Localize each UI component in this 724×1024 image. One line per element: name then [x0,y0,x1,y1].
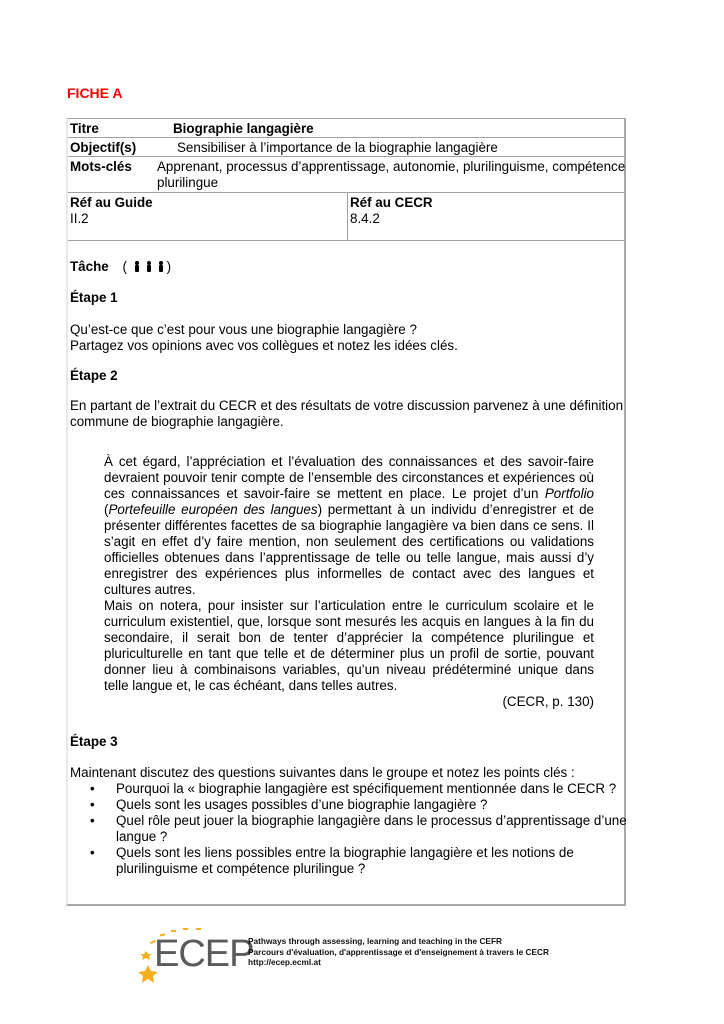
question-item: Pourquoi la « biographie langagière est … [70,781,630,797]
mots-cles-label: Mots-clés [70,159,132,174]
titre-label: Titre [70,121,99,136]
titre-value: Biographie langagière [173,121,314,136]
column-divider [347,193,348,240]
quote-paragraph-2: Mais on notera, pour insister sur l’arti… [104,598,594,694]
row-objectif: Objectif(s) Sensibiliser à l’importance … [68,138,624,157]
objectif-value: Sensibiliser à l’importance de la biogra… [177,140,498,155]
footer-url[interactable]: http://ecep.ecml.at [248,957,549,968]
row-titre: Titre Biographie langagière [68,119,624,138]
ref-guide-value: II.2 [70,211,153,227]
ecep-logo-text: ECEP [154,933,253,976]
ecep-logo: ECEP [136,925,251,990]
group-work-indicator: ( ) [122,259,171,275]
footer-text: Pathways through assessing, learning and… [248,936,549,968]
etape2-heading: Étape 2 [70,368,118,384]
etape1-heading: Étape 1 [70,290,118,306]
tache-label: Tâche [70,259,109,274]
mots-cles-value: Apprenant, processus d’apprentissage, au… [157,159,627,191]
footer-line-en: Pathways through assessing, learning and… [248,936,549,947]
cecr-quote: À cet égard, l’appréciation et l’évaluat… [104,454,594,710]
close-paren: ) [167,259,171,274]
person-icon [147,261,151,272]
etape3-heading: Étape 3 [70,734,118,750]
person-icon [135,261,139,272]
etape3-questions: Pourquoi la « biographie langagière est … [70,781,630,877]
ref-cecr-value: 8.4.2 [350,211,433,227]
tache-heading: Tâche ( ) [70,259,171,275]
ref-cecr-cell: Réf au CECR 8.4.2 [350,195,433,227]
quote-paragraph-1: À cet égard, l’appréciation et l’évaluat… [104,454,594,598]
fiche-frame: Titre Biographie langagière Objectif(s) … [66,118,626,906]
row-references: Réf au Guide II.2 Réf au CECR 8.4.2 [68,193,624,241]
fiche-title: FICHE A [67,85,122,101]
etape1-line2: Partagez vos opinions avec vos collègues… [70,338,628,354]
open-paren: ( [122,259,126,274]
quote-citation: (CECR, p. 130) [104,694,594,710]
etape3-intro: Maintenant discutez des questions suivan… [70,765,628,781]
etape2-text: En partant de l’extrait du CECR et des r… [70,398,628,430]
ref-guide-cell: Réf au Guide II.2 [70,195,153,227]
footer-line-fr: Parcours d'évaluation, d'apprentissage e… [248,947,549,958]
question-item: Quels sont les usages possibles d’une bi… [70,797,630,813]
person-icon [159,261,163,272]
etape1-line1: Qu’est-ce que c’est pour vous une biogra… [70,322,628,338]
footer: ECEP Pathways through assessing, learnin… [136,925,616,990]
objectif-label: Objectif(s) [70,140,136,155]
ref-guide-label: Réf au Guide [70,195,153,211]
ref-cecr-label: Réf au CECR [350,195,433,211]
question-item: Quels sont les liens possibles entre la … [70,845,630,877]
question-item: Quel rôle peut jouer la biographie langa… [70,813,630,845]
row-mots-cles: Mots-clés Apprenant, processus d’apprent… [68,157,624,193]
etape1-text: Qu’est-ce que c’est pour vous une biogra… [70,322,628,354]
